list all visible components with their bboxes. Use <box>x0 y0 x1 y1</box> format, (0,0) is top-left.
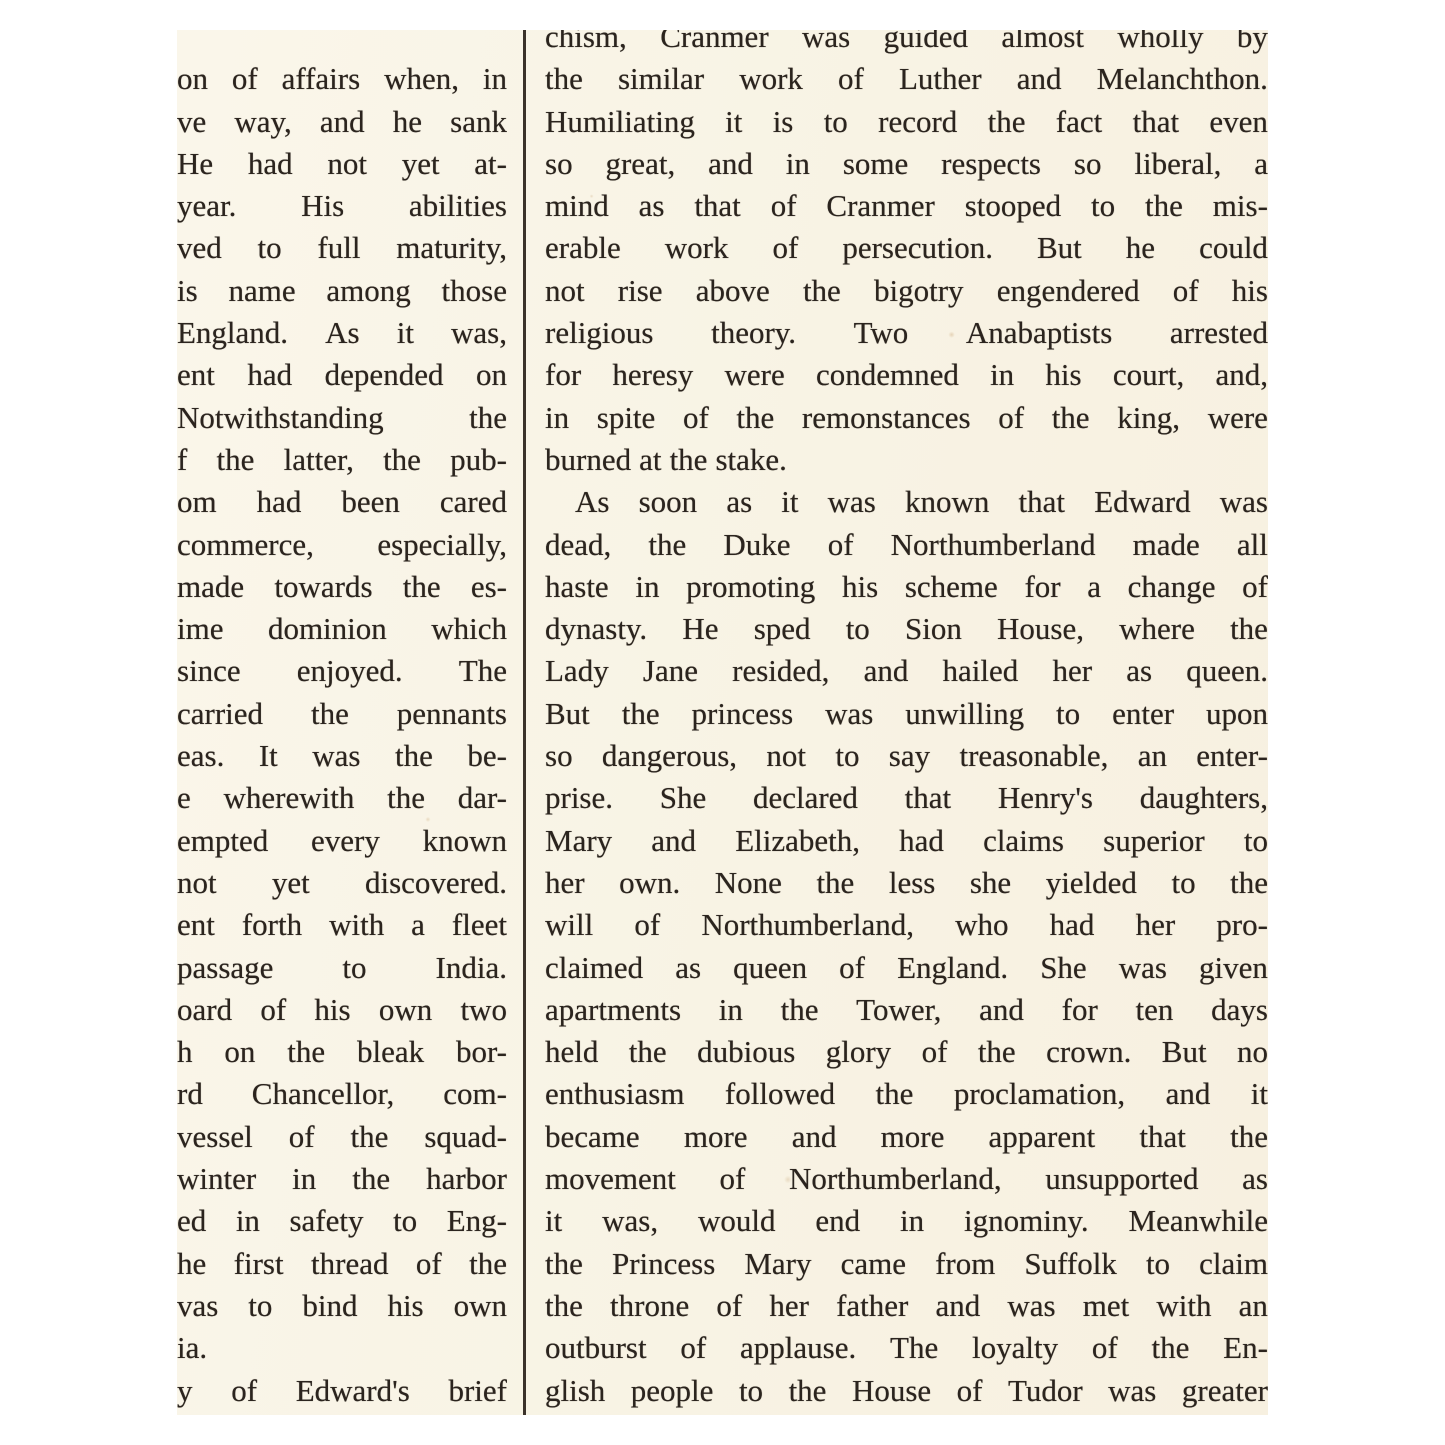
text-line: herown.Nonethelesssheyieldedtothe <box>545 862 1268 904</box>
text-line: Humiliatingitistorecordthefactthateven <box>545 101 1268 143</box>
text-line: imedominionwhich <box>177 608 507 650</box>
text-line: sogreat,andinsomerespectssoliberal,a <box>545 143 1268 185</box>
text-line: rdChancellor,com- <box>177 1073 507 1115</box>
scan-canvas: onofaffairswhen,inveway,andhesankHehadno… <box>0 0 1445 1445</box>
text-line: dead,theDukeofNorthumberlandmadeall <box>545 524 1268 566</box>
text-line: edinsafetytoEng- <box>177 1200 507 1242</box>
text-line: burnedatthestake. <box>545 439 1268 481</box>
text-line: vesselofthesquad- <box>177 1116 507 1158</box>
text-line: thePrincessMarycamefromSuffolktoclaim <box>545 1243 1268 1285</box>
text-line: outburstofapplause.TheloyaltyoftheEn- <box>545 1327 1268 1369</box>
text-line: oardofhisowntwo <box>177 989 507 1031</box>
text-line: becamemoreandmoreapparentthatthe <box>545 1116 1268 1158</box>
text-line: hefirstthreadofthe <box>177 1243 507 1285</box>
text-line: omhadbeencared <box>177 481 507 523</box>
right-column: chism,Cranmerwasguidedalmostwhollybythes… <box>545 30 1268 1412</box>
text-line: MaryandElizabeth,hadclaimssuperiorto <box>545 820 1268 862</box>
text-line: forheresywerecondemnedinhiscourt,and, <box>545 354 1268 396</box>
text-line: emptedeveryknown <box>177 820 507 862</box>
text-line: prise.ShedeclaredthatHenry'sdaughters, <box>545 777 1268 819</box>
text-line: inspiteoftheremonstancesoftheking,were <box>545 397 1268 439</box>
text-line: winterintheharbor <box>177 1158 507 1200</box>
text-line: onofaffairswhen,in <box>177 58 507 100</box>
text-line: AssoonasitwasknownthatEdwardwas <box>545 481 1268 523</box>
text-line: vastobindhisown <box>177 1285 507 1327</box>
text-line: England.Asitwas, <box>177 312 507 354</box>
text-line: willofNorthumberland,whohadherpro- <box>545 904 1268 946</box>
text-line: fthelatter,thepub- <box>177 439 507 481</box>
text-line: thethroneofherfatherandwasmetwithan <box>545 1285 1268 1327</box>
text-line: notyetdiscovered. <box>177 862 507 904</box>
text-line: ewherewiththedar- <box>177 777 507 819</box>
text-line: notriseabovethebigotryengenderedofhis <box>545 270 1268 312</box>
text-line: year.Hisabilities <box>177 185 507 227</box>
text-line: veway,andhesank <box>177 101 507 143</box>
text-line: vedtofullmaturity, <box>177 227 507 269</box>
text-line: hasteinpromotinghisschemeforachangeof <box>545 566 1268 608</box>
text-line: yofEdward'sbrief <box>177 1370 507 1412</box>
column-divider-rule <box>523 30 526 1415</box>
book-page: onofaffairswhen,inveway,andhesankHehadno… <box>177 30 1268 1415</box>
text-line: dynasty.HespedtoSionHouse,wherethe <box>545 608 1268 650</box>
text-line: mindasthatofCranmerstoopedtothemis- <box>545 185 1268 227</box>
text-line: Buttheprincesswasunwillingtoenterupon <box>545 693 1268 735</box>
text-line: commerce,especially, <box>177 524 507 566</box>
text-line: Hehadnotyetat- <box>177 143 507 185</box>
text-line: isnameamongthose <box>177 270 507 312</box>
text-line: honthebleakbor- <box>177 1031 507 1073</box>
text-line: thesimilarworkofLutherandMelanchthon. <box>545 58 1268 100</box>
text-line: heldthedubiousgloryofthecrown.Butno <box>545 1031 1268 1073</box>
text-line: entforthwithafleet <box>177 904 507 946</box>
text-line: sinceenjoyed.The <box>177 650 507 692</box>
text-line: itwas,wouldendinignominy.Meanwhile <box>545 1200 1268 1242</box>
text-line: erableworkofpersecution.Buthecould <box>545 227 1268 269</box>
text-line: ia. <box>177 1327 507 1369</box>
text-line: Notwithstandingthe <box>177 397 507 439</box>
text-line: carriedthepennants <box>177 693 507 735</box>
text-line: LadyJaneresided,andhailedherasqueen. <box>545 650 1268 692</box>
text-line: enthaddependedon <box>177 354 507 396</box>
text-line: eas.Itwasthebe- <box>177 735 507 777</box>
text-line: claimedasqueenofEngland.Shewasgiven <box>545 947 1268 989</box>
text-line: madetowardsthees- <box>177 566 507 608</box>
text-line: apartmentsintheTower,andfortendays <box>545 989 1268 1031</box>
text-line: movementofNorthumberland,unsupportedas <box>545 1158 1268 1200</box>
text-line: enthusiasmfollowedtheproclamation,andit <box>545 1073 1268 1115</box>
text-line: glishpeopletotheHouseofTudorwasgreater <box>545 1370 1268 1412</box>
left-column: onofaffairswhen,inveway,andhesankHehadno… <box>177 58 507 1412</box>
text-line: sodangerous,nottosaytreasonable,anenter- <box>545 735 1268 777</box>
text-line: passagetoIndia. <box>177 947 507 989</box>
text-line: religioustheory.TwoAnabaptistsarrested <box>545 312 1268 354</box>
text-line: chism,Cranmerwasguidedalmostwhollyby <box>545 30 1268 58</box>
